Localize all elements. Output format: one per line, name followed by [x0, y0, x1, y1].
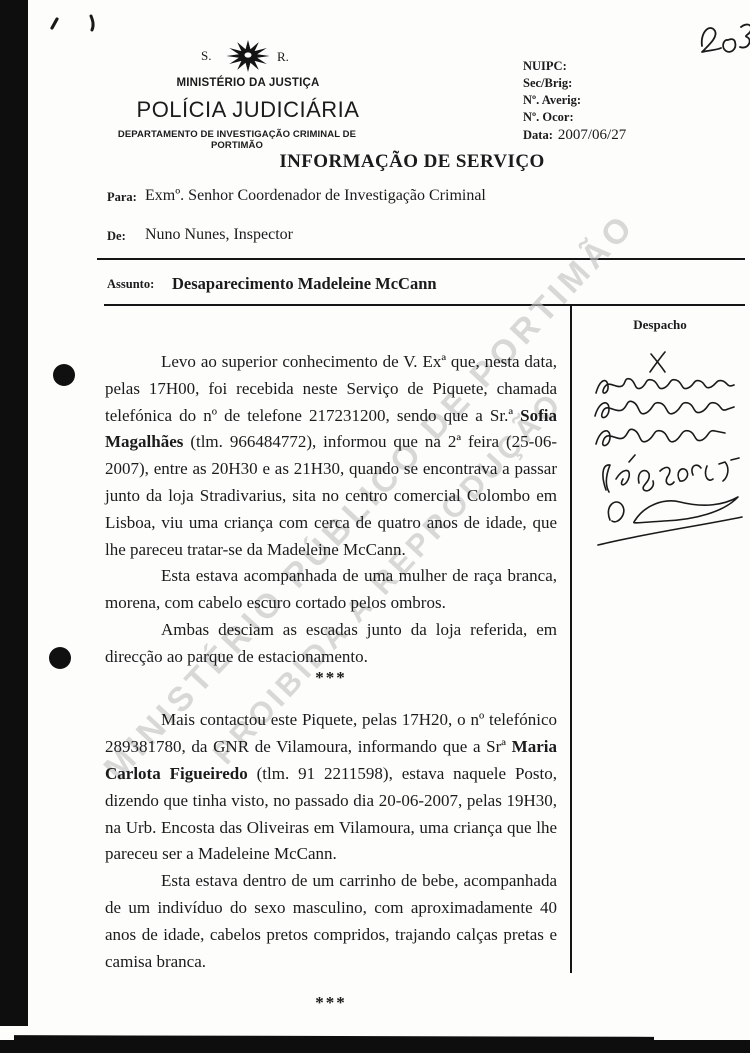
scan-edge-bottom [0, 1040, 750, 1053]
para-label: Para: [107, 190, 137, 205]
crest-letter-s: S. [201, 48, 211, 64]
ministry-name: MINISTÉRIO DA JUSTIÇA [148, 77, 348, 89]
paragraph-woman-description: Esta estava acompanhada de uma mulher de… [105, 563, 557, 617]
despacho-handwriting [572, 338, 750, 553]
meta-label: Nº. Ocor: [523, 110, 574, 125]
meta-label: Nº. Averig: [523, 93, 581, 108]
meta-row-secbrig: Sec/Brig: [523, 76, 626, 93]
de-value: Nuno Nunes, Inspector [145, 226, 293, 244]
ink-marks-icon [44, 12, 104, 38]
handwritten-page-number [692, 14, 750, 56]
para-value: Exmº. Senhor Coordenador de Investigação… [145, 187, 486, 205]
paragraph-sighting-colombo: Levo ao superior conhecimento de V. Exª … [105, 349, 557, 563]
meta-row-averig: Nº. Averig: [523, 93, 626, 110]
meta-fields: NUIPC: Sec/Brig: Nº. Averig: Nº. Ocor: D… [523, 59, 626, 144]
coat-of-arms-icon [224, 39, 272, 73]
meta-row-data: Data: 2007/06/27 [523, 127, 626, 144]
body-text: Levo ao superior conhecimento de V. Exª … [105, 349, 557, 1017]
hole-punch-bottom [49, 647, 71, 669]
divider-line-top [97, 258, 745, 260]
meta-label: NUIPC: [523, 59, 567, 74]
meta-value-date: 2007/06/27 [558, 127, 626, 144]
scan-edge-left [0, 0, 28, 1026]
despacho-heading: Despacho [572, 317, 748, 333]
department-name: DEPARTAMENTO DE INVESTIGAÇÃO CRIMINAL DE… [107, 129, 367, 151]
document-title: INFORMAÇÃO DE SERVIÇO [222, 151, 602, 173]
paragraph-sighting-vilamoura: Mais contactou este Piquete, pelas 17H20… [105, 707, 557, 868]
meta-row-nuipc: NUIPC: [523, 59, 626, 76]
organization-name: POLÍCIA JUDICIÁRIA [128, 97, 368, 123]
scanned-document-page: S. R. MINISTÉRIO DA JUSTIÇA POLÍCIA JUDI… [0, 0, 750, 1053]
meta-label: Sec/Brig: [523, 76, 572, 91]
divider-line-body [104, 304, 745, 306]
hole-punch-top [53, 364, 75, 386]
paragraph-stairs: Ambas desciam as escadas junto da loja r… [105, 617, 557, 671]
paragraph-man-description: Esta estava dentro de um carrinho de beb… [105, 868, 557, 975]
meta-row-ocor: Nº. Ocor: [523, 110, 626, 127]
de-label: De: [107, 229, 126, 244]
crest-letter-r: R. [277, 49, 289, 65]
assunto-value: Desaparecimento Madeleine McCann [172, 274, 437, 294]
meta-label: Data: [523, 128, 553, 143]
section-separator: *** [105, 990, 557, 1017]
assunto-label: Assunto: [107, 277, 154, 292]
